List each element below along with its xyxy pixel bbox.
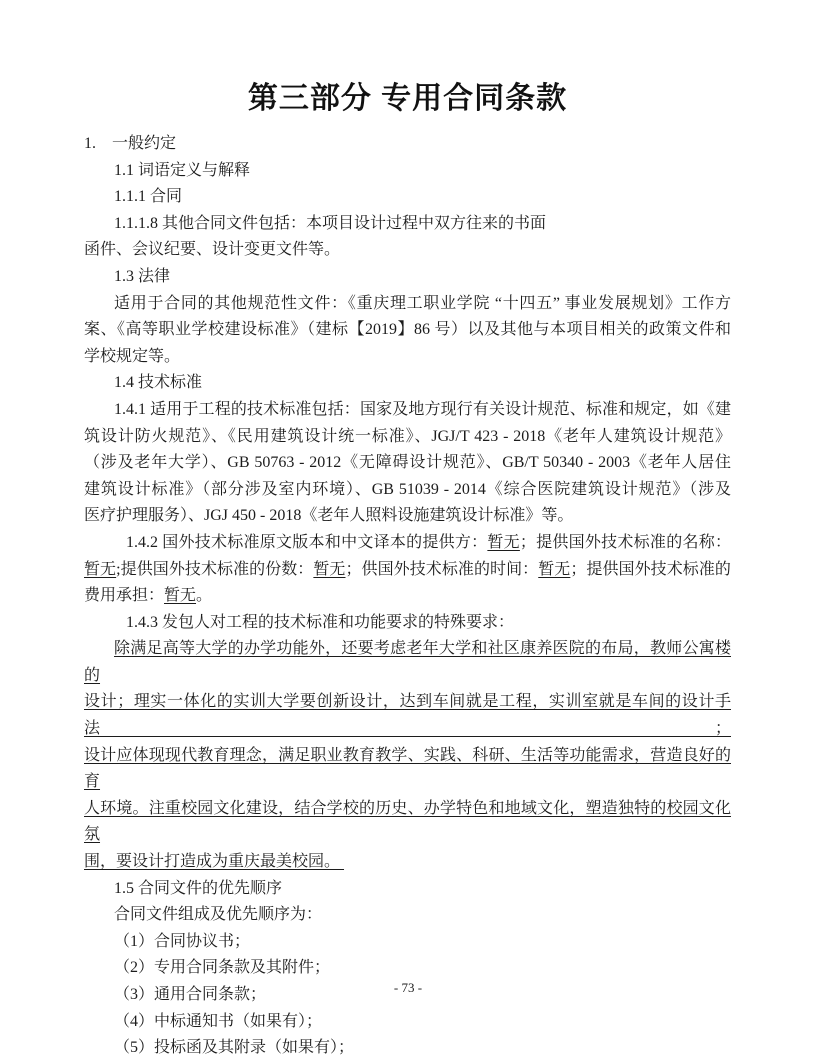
clause-1-4-3-special-requirements-line1: 除满足高等大学的办学功能外，还要考虑老年大学和社区康养医院的布局，教师公寓楼的 [84,636,731,689]
clause-1-3-text-line2: 案、《高等职业学校建设标准》（建标【2019】86 号）以及其他与本项目相关的政… [84,317,731,344]
clause-1-4-2-text: ；提供国外技术标准的 [570,561,731,578]
clause-1-4-3-heading: 1.4.3 发包人对工程的技术标准和功能要求的特殊要求： [84,610,731,637]
priority-list-item-5: （5）投标函及其附录（如果有）； [84,1035,731,1056]
clause-1-1-1-8-line2: 函件、会议纪要、设计变更文件等。 [84,237,731,264]
clause-1-4-2-line2: 暂无;提供国外技术标准的份数：暂无；供国外技术标准的时间：暂无；提供国外技术标准… [84,557,731,584]
blank-filled-value: 暂无 [313,561,345,578]
clause-1-4-2-line1: 1.4.2 国外技术标准原文版本和中文译本的提供方：暂无；提供国外技术标准的名称… [84,530,731,557]
clause-1-4-2-text: ；提供国外技术标准的名称： [520,534,731,551]
clause-1-4-1-line1: 1.4.1 适用于工程的技术标准包括：国家及地方现行有关设计规范、标准和规定，如… [84,397,731,424]
blank-filled-value: 暂无 [538,561,570,578]
clause-1-1-1-heading: 1.1.1 合同 [84,184,731,211]
clause-1-1-1-8-line1: 1.1.1.8 其他合同文件包括：本项目设计过程中双方往来的书面 [84,211,731,238]
clause-1-4-1-line3: （涉及老年大学）、GB 50763 - 2012《无障碍设计规范》、GB/T 5… [84,450,731,477]
clause-1-3-text-line1: 适用于合同的其他规范性文件：《重庆理工职业学院 “十四五” 事业发展规划》工作方 [84,291,731,318]
blank-filled-value: 暂无 [164,587,196,604]
clause-1-1-heading: 1.1 词语定义与解释 [84,158,731,185]
document-title: 第三部分 专用合同条款 [84,80,731,118]
priority-list-item-4: （4）中标通知书（如果有）； [84,1009,731,1036]
priority-list-item-2: （2）专用合同条款及其附件； [84,955,731,982]
clause-1-4-2-line3: 费用承担：暂无。 [84,583,731,610]
clause-1-4-heading: 1.4 技术标准 [84,370,731,397]
clause-1-4-2-text: 1.4.2 国外技术标准原文版本和中文译本的提供方： [126,534,487,551]
clause-1-4-3-special-requirements-line2: 设计；理实一体化的实训大学要创新设计，达到车间就是工程，实训室就是车间的设计手法… [84,689,731,742]
document-page: 第三部分 专用合同条款 1. 一般约定 1.1 词语定义与解释 1.1.1 合同… [0,0,816,1056]
clause-1-4-3-special-requirements-line4: 人环境。注重校园文化建设，结合学校的历史、办学特色和地域文化，塑造独特的校园文化… [84,796,731,849]
priority-list-item-1: （1）合同协议书； [84,929,731,956]
clause-1-4-2-text: ;提供国外技术标准的份数： [116,561,313,578]
blank-filled-value: 暂无 [84,561,116,578]
clause-1-5-heading: 1.5 合同文件的优先顺序 [84,876,731,903]
clause-1-3-heading: 1.3 法律 [84,264,731,291]
clause-1-4-1-line4: 建筑设计标准》（部分涉及室内环境）、GB 51039 - 2014《综合医院建筑… [84,477,731,504]
document-content: 第三部分 专用合同条款 1. 一般约定 1.1 词语定义与解释 1.1.1 合同… [84,80,731,1056]
clause-1-5-intro: 合同文件组成及优先顺序为： [84,902,731,929]
clause-1-4-2-text: ；供国外技术标准的时间： [346,561,539,578]
clause-1-4-3-special-requirements-line3: 设计应体现现代教育理念，满足职业教育教学、实践、科研、生活等功能需求，营造良好的… [84,743,731,796]
clause-1-heading: 1. 一般约定 [84,131,731,158]
clause-1-4-3-special-requirements-line5: 围，要设计打造成为重庆最美校园。 [84,849,731,876]
clause-1-4-2-text: 。 [196,587,212,604]
clause-1-4-1-line2: 筑设计防火规范》、《民用建筑设计统一标准》、JGJ/T 423 - 2018《老… [84,424,731,451]
clause-1-4-2-text: 费用承担： [84,587,164,604]
page-number: - 73 - [0,980,816,996]
clause-1-3-text-line3: 学校规定等。 [84,344,731,371]
blank-filled-value: 暂无 [487,534,520,551]
clause-1-4-1-line5: 医疗护理服务）、JGJ 450 - 2018《老年人照料设施建筑设计标准》等。 [84,503,731,530]
